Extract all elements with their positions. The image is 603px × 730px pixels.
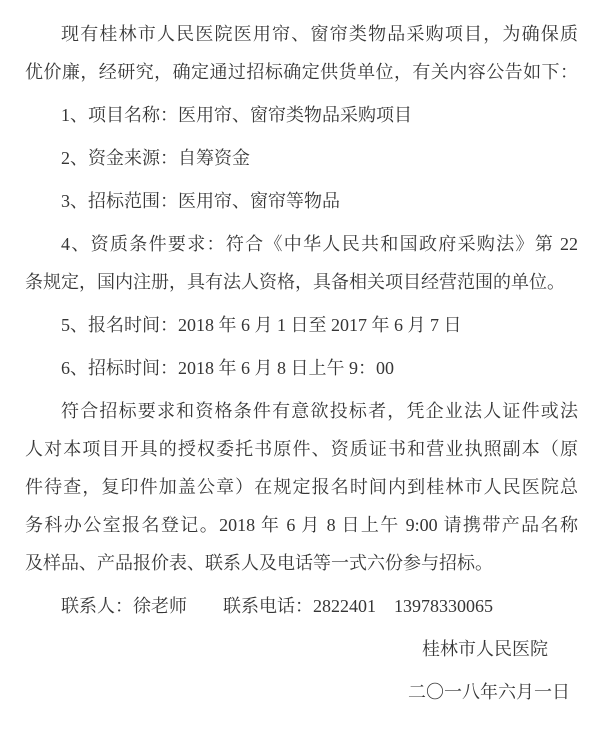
paragraph-intro: 现有桂林市人民医院医用帘、窗帘类物品采购项目，为确保质 优价廉，经研究，确定通过… bbox=[25, 15, 578, 91]
text-line: 优价廉，经研究，确定通过招标确定供货单位，有关内容公告如下： bbox=[25, 53, 578, 91]
paragraph-item-qualification: 4、资质条件要求：符合《中华人民共和国政府采购法》第 22 条规定，国内注册，具… bbox=[25, 225, 578, 301]
paragraph-item-bidding-time: 6、招标时间：2018 年 6 月 8 日上午 9：00 bbox=[25, 349, 578, 387]
text-line: 务科办公室报名登记。2018 年 6 月 8 日上午 9:00 请携带产品名称 bbox=[25, 506, 578, 544]
paragraph-item-funding-source: 2、资金来源：自筹资金 bbox=[25, 139, 578, 177]
text-line: 2、资金来源：自筹资金 bbox=[25, 139, 578, 177]
text-line: 人对本项目开具的授权委托书原件、资质证书和营业执照副本（原 bbox=[25, 430, 578, 468]
text-line: 符合招标要求和资格条件有意欲投标者，凭企业法人证件或法 bbox=[25, 392, 578, 430]
paragraph-signature-organization: 桂林市人民医院 bbox=[25, 630, 578, 668]
paragraph-signature-date: 二〇一八年六月一日 bbox=[25, 673, 578, 711]
text-line: 现有桂林市人民医院医用帘、窗帘类物品采购项目，为确保质 bbox=[25, 15, 578, 53]
text-line: 4、资质条件要求：符合《中华人民共和国政府采购法》第 22 bbox=[25, 225, 578, 263]
text-line: 件待查，复印件加盖公章）在规定报名时间内到桂林市人民医院总 bbox=[25, 468, 578, 506]
paragraph-item-registration-time: 5、报名时间：2018 年 6 月 1 日至 2017 年 6 月 7 日 bbox=[25, 306, 578, 344]
paragraph-contact: 联系人：徐老师 联系电话：2822401 13978330065 bbox=[25, 587, 578, 625]
text-line: 6、招标时间：2018 年 6 月 8 日上午 9：00 bbox=[25, 349, 578, 387]
contact-line: 联系人：徐老师 联系电话：2822401 13978330065 bbox=[25, 587, 578, 625]
text-line: 1、项目名称：医用帘、窗帘类物品采购项目 bbox=[25, 96, 578, 134]
text-line: 条规定，国内注册，具有法人资格，具备相关项目经营范围的单位。 bbox=[25, 263, 578, 301]
paragraph-item-project-name: 1、项目名称：医用帘、窗帘类物品采购项目 bbox=[25, 96, 578, 134]
signature-organization: 桂林市人民医院 bbox=[25, 630, 578, 668]
paragraph-item-bidding-scope: 3、招标范围：医用帘、窗帘等物品 bbox=[25, 182, 578, 220]
text-line: 5、报名时间：2018 年 6 月 1 日至 2017 年 6 月 7 日 bbox=[25, 306, 578, 344]
signature-date: 二〇一八年六月一日 bbox=[25, 673, 578, 711]
text-line: 3、招标范围：医用帘、窗帘等物品 bbox=[25, 182, 578, 220]
paragraph-registration-instructions: 符合招标要求和资格条件有意欲投标者，凭企业法人证件或法 人对本项目开具的授权委托… bbox=[25, 392, 578, 582]
document-page: 现有桂林市人民医院医用帘、窗帘类物品采购项目，为确保质 优价廉，经研究，确定通过… bbox=[0, 0, 603, 730]
text-line: 及样品、产品报价表、联系人及电话等一式六份参与招标。 bbox=[25, 544, 578, 582]
